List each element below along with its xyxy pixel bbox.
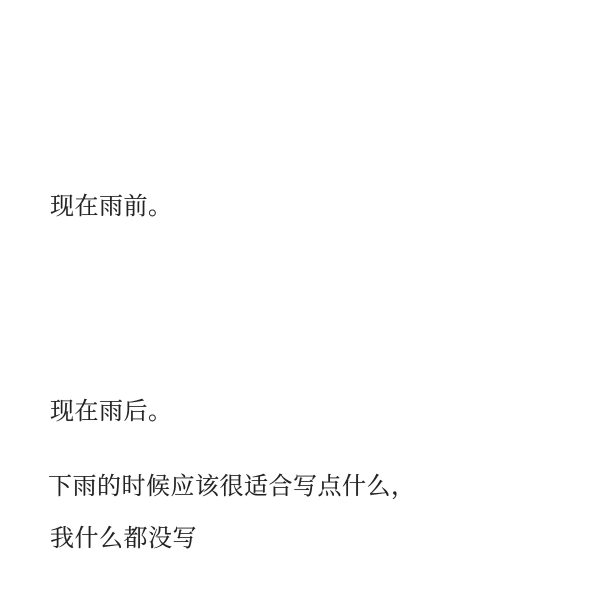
caption-line-after-rain: 现在雨后。 [50, 399, 173, 427]
text-image-page: 现在雨前。 现在雨后。 下雨的时候应该很适合写点什么， 我什么都没写 [0, 0, 600, 600]
caption-line-before-rain: 现在雨前。 [50, 194, 173, 222]
caption-line-rain-good-for-writing: 下雨的时候应该很适合写点什么， [48, 474, 416, 502]
caption-line-wrote-nothing: 我什么都没写 [50, 526, 197, 554]
